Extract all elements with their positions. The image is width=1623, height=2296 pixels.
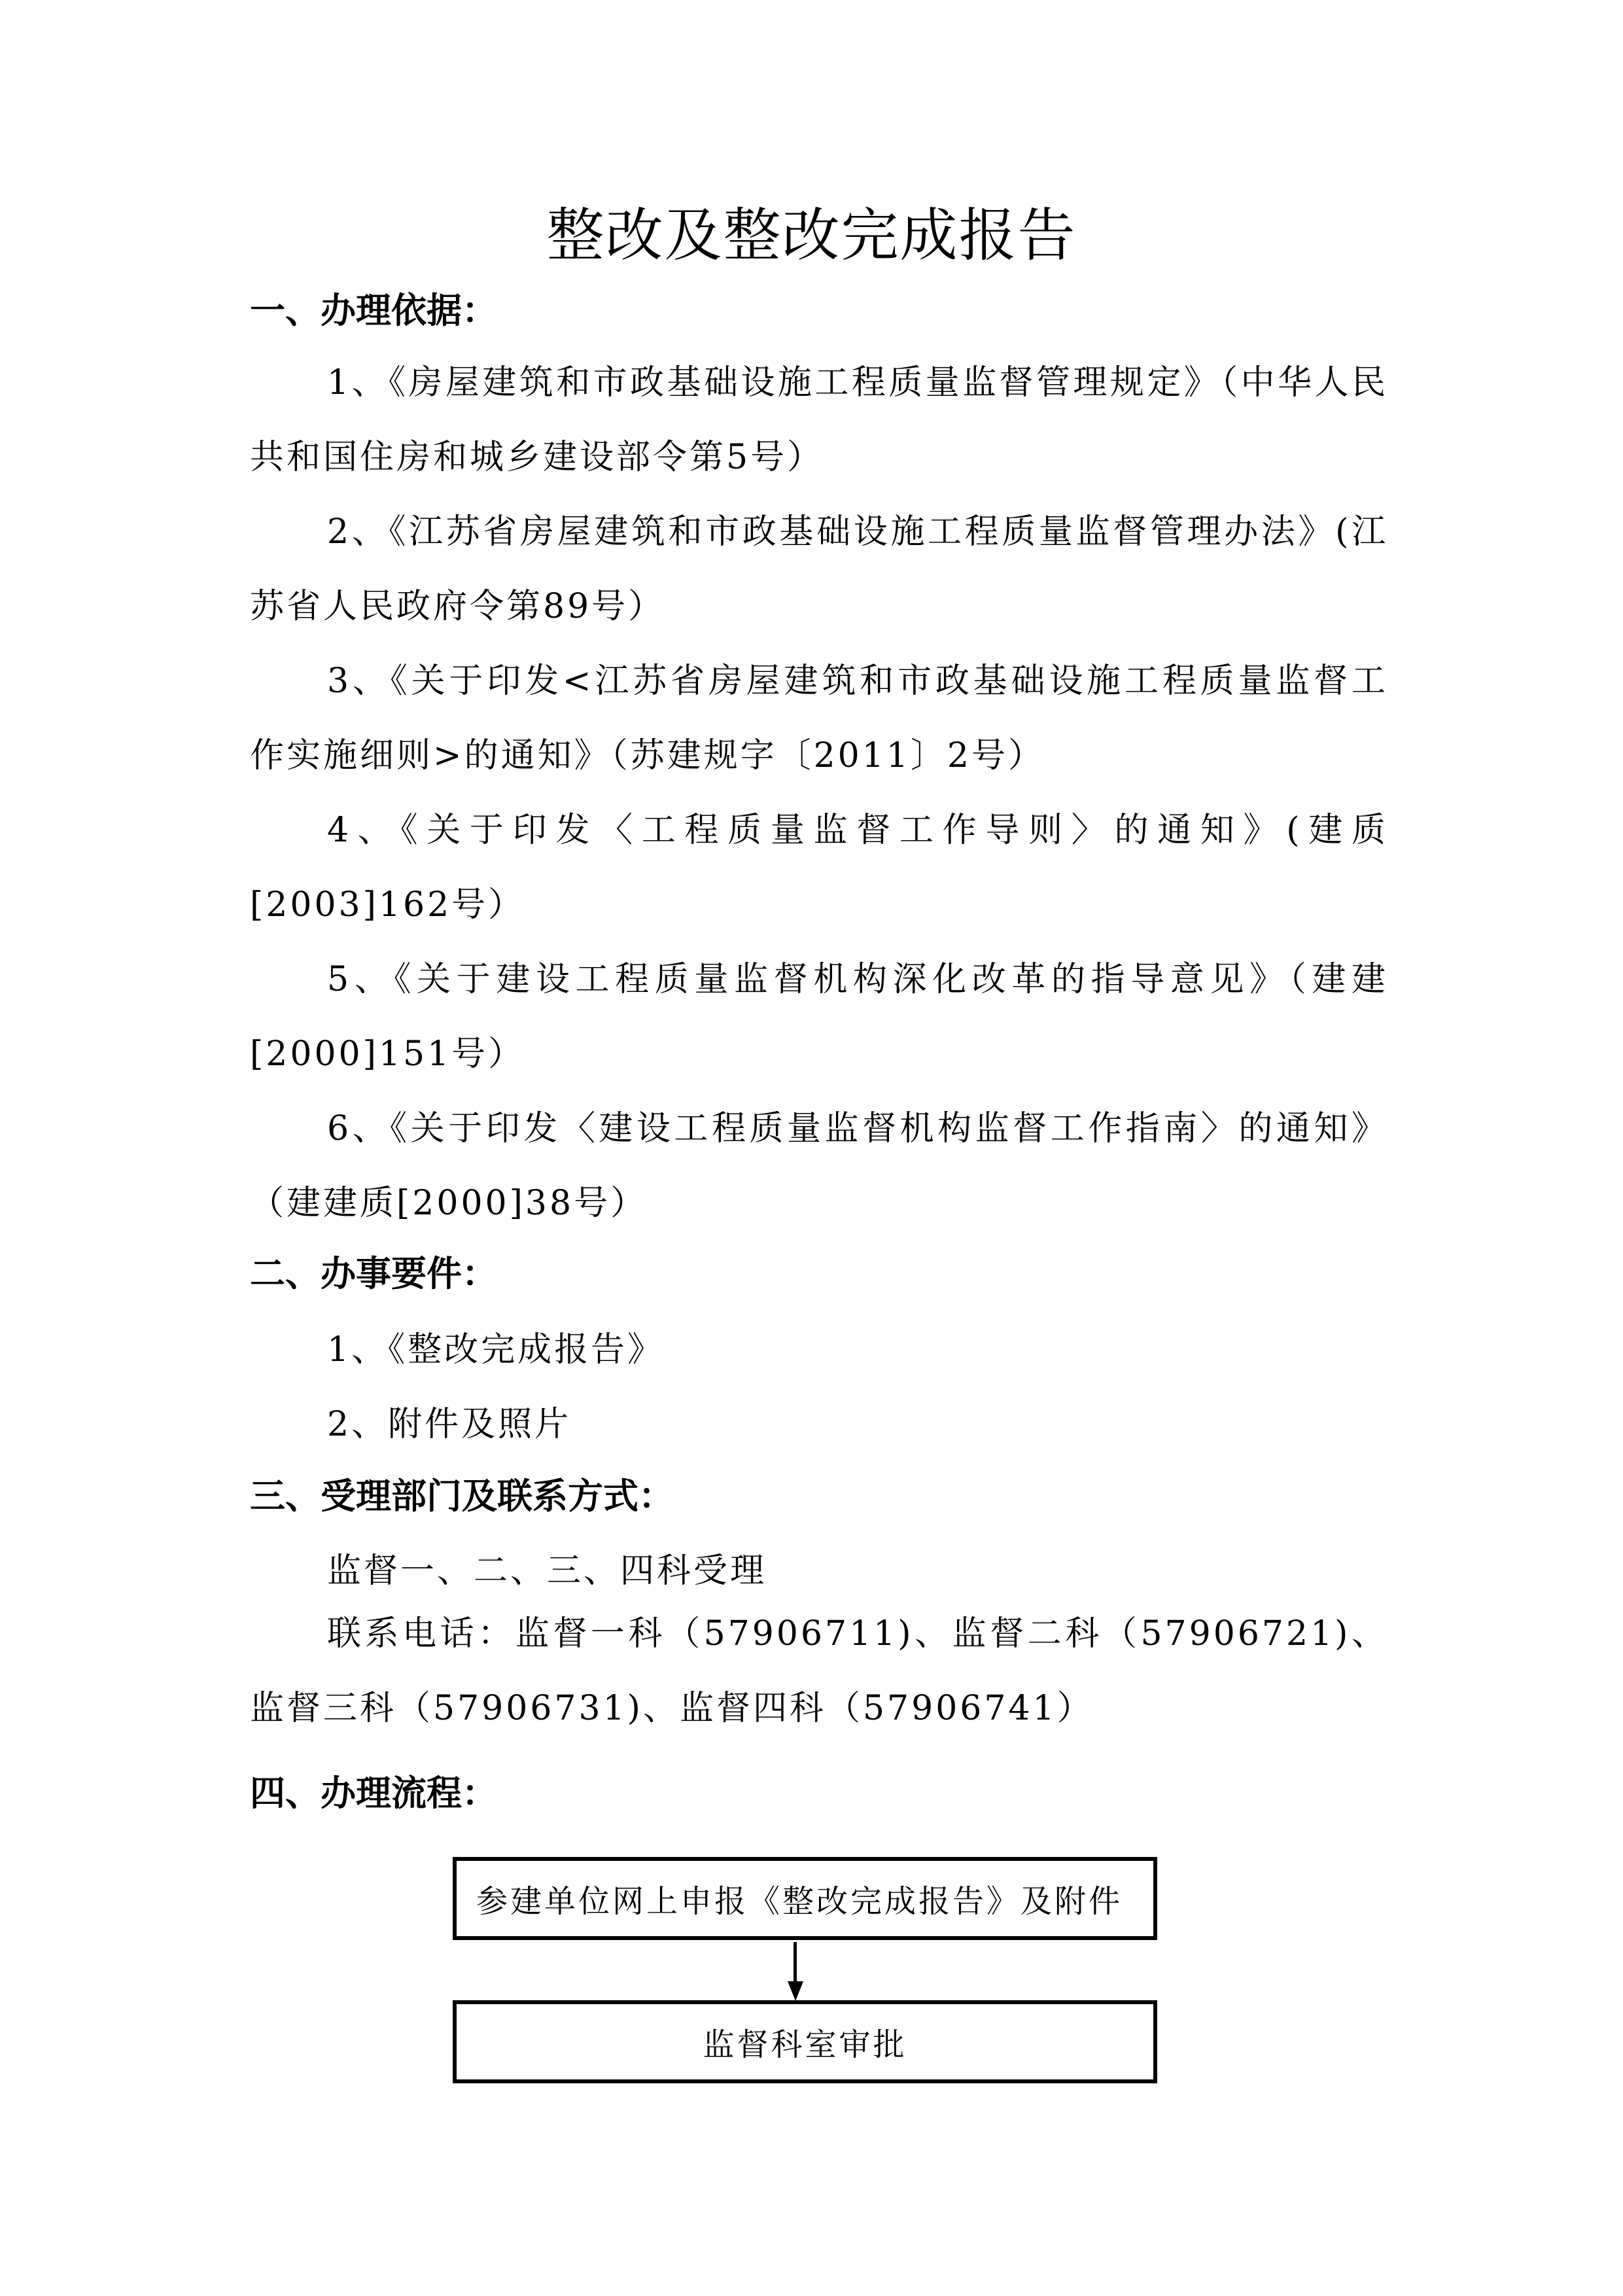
requirement-item-2: 2、附件及照片: [327, 1402, 571, 1447]
flow-step-1-label: 参建单位网上申报《整改完成报告》及附件: [476, 1876, 1123, 1921]
flow-step-1: 参建单位网上申报《整改完成报告》及附件: [453, 1857, 1157, 1940]
basis-item-3: 3、《关于印发<江苏省房屋建筑和市政基础设施工程质量监督工作实施细则>的通知》（…: [250, 644, 1388, 793]
arrow-head-icon: [788, 1981, 803, 2001]
basis-item-1: 1、《房屋建筑和市政基础设施工程质量监督管理规定》（中华人民共和国住房和城乡建设…: [250, 345, 1388, 495]
basis-item-2: 2、《江苏省房屋建筑和市政基础设施工程质量监督管理办法》(江苏省人民政府令第89…: [250, 495, 1388, 644]
page-title: 整改及整改完成报告: [0, 196, 1623, 275]
section-heading-basis: 一、办理依据：: [250, 288, 497, 334]
flow-step-2: 监督科室审批: [453, 2000, 1157, 2083]
contact-phones: 联系电话：监督一科（57906711)、监督二科（57906721)、监督三科（…: [250, 1597, 1388, 1746]
basis-item-6: 6、《关于印发〈建设工程质量监督机构监督工作指南〉的通知》（建建质[2000]3…: [250, 1091, 1388, 1241]
section-heading-requirements: 二、办事要件：: [250, 1251, 497, 1297]
requirement-item-1: 1、《整改完成报告》: [327, 1327, 664, 1373]
basis-item-4: 4、《关于印发〈工程质量监督工作导则〉的通知》(建质[2003]162号）: [250, 793, 1388, 942]
flow-step-2-label: 监督科室审批: [703, 2019, 907, 2064]
contact-dept: 监督一、二、三、四科受理: [327, 1548, 767, 1594]
section-heading-process: 四、办理流程：: [250, 1771, 497, 1816]
arrow-down-icon: [794, 1942, 797, 1983]
basis-item-5: 5、《关于建设工程质量监督机构深化改革的指导意见》（建建[2000]151号）: [250, 942, 1388, 1091]
section-heading-contact: 三、受理部门及联系方式：: [250, 1474, 674, 1519]
